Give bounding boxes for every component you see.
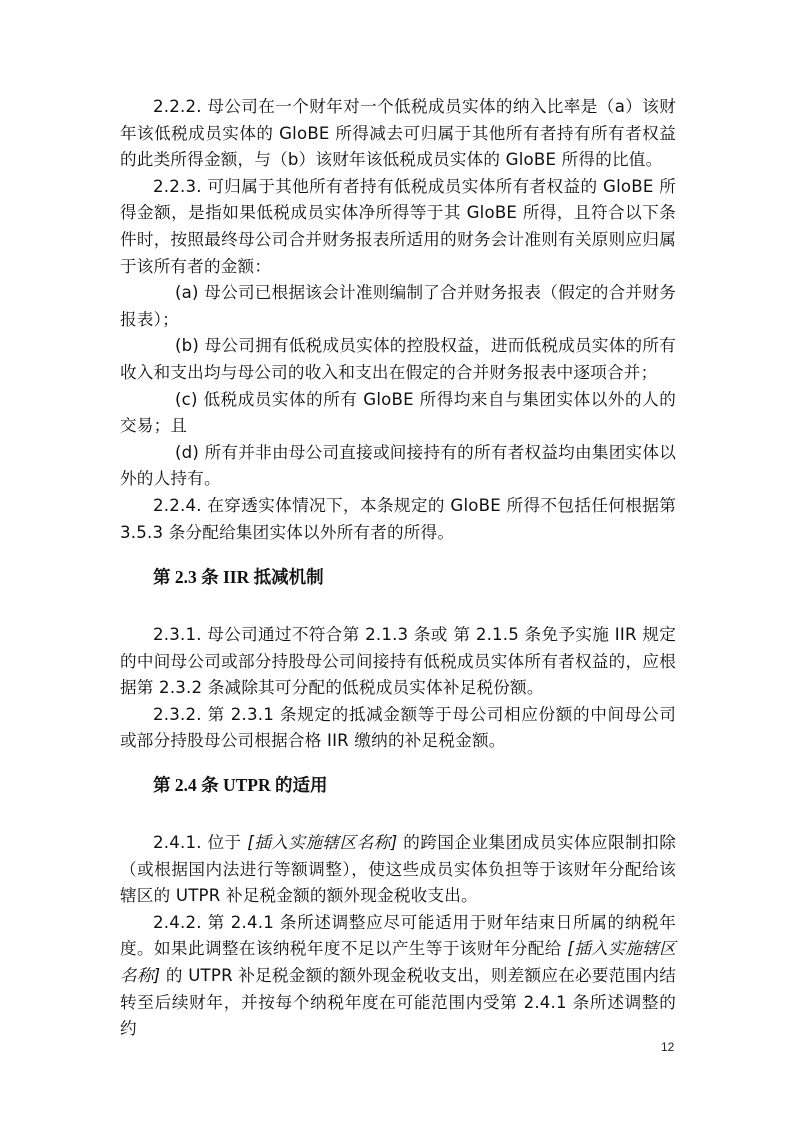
heading-article-2-3: 第 2.3 条 IIR 抵减机制 xyxy=(120,564,676,590)
paragraph-2-2-3: 2.2.3. 可归属于其他所有者持有低税成员实体所有者权益的 GloBE 所得金… xyxy=(120,174,676,280)
paragraph-2-4-1-lead: 2.4.1. 位于 xyxy=(153,833,247,852)
paragraph-2-2-3-a: (a) 母公司已根据该会计准则编制了合并财务报表（假定的合并财务报表）； xyxy=(120,280,676,333)
heading-article-2-4: 第 2.4 条 UTPR 的适用 xyxy=(120,772,676,798)
paragraph-2-2-2: 2.2.2. 母公司在一个财年对一个低税成员实体的纳入比率是（a）该财年该低税成… xyxy=(120,94,676,174)
paragraph-2-3-2: 2.3.2. 第 2.3.1 条规定的抵减金额等于母公司相应份额的中间母公司或部… xyxy=(120,702,676,755)
paragraph-2-2-4: 2.2.4. 在穿透实体情况下，本条规定的 GloBE 所得不包括任何根据第 3… xyxy=(120,493,676,546)
paragraph-2-4-2-rest: 的 UTPR 补足税金额的额外现金税收支出，则差额应在必要范围内结转至后续财年，… xyxy=(120,966,676,1038)
paragraph-2-2-3-b: (b) 母公司拥有低税成员实体的控股权益，进而低税成员实体的所有收入和支出均与母… xyxy=(120,333,676,386)
page-number: 12 xyxy=(661,1040,674,1054)
paragraph-2-4-1: 2.4.1. 位于 [插入实施辖区名称] 的跨国企业集团成员实体应限制扣除（或根… xyxy=(120,830,676,910)
placeholder-jurisdiction-name: [插入实施辖区名称] xyxy=(247,833,397,852)
paragraph-2-3-1: 2.3.1. 母公司通过不符合第 2.1.3 条或 第 2.1.5 条免予实施 … xyxy=(120,622,676,702)
document-page: 2.2.2. 母公司在一个财年对一个低税成员实体的纳入比率是（a）该财年该低税成… xyxy=(120,94,676,1043)
paragraph-2-2-3-d: (d) 所有并非由母公司直接或间接持有的所有者权益均由集团实体以外的人持有。 xyxy=(120,440,676,493)
paragraph-2-4-2: 2.4.2. 第 2.4.1 条所述调整应尽可能适用于财年结束日所属的纳税年度。… xyxy=(120,910,676,1043)
paragraph-2-2-3-c: (c) 低税成员实体的所有 GloBE 所得均来自与集团实体以外的人的交易；且 xyxy=(120,387,676,440)
